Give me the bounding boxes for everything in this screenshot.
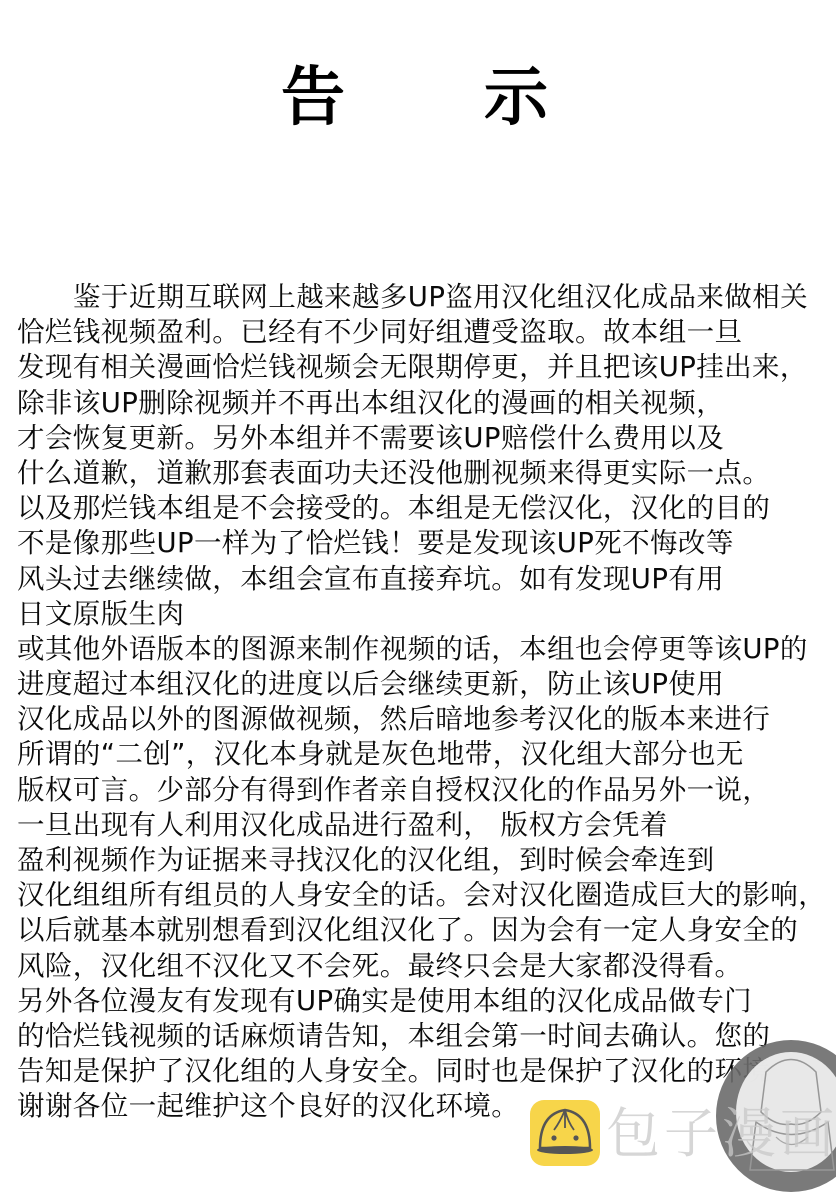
baozi-logo-icon	[530, 1100, 600, 1166]
notice-body: 鉴于近期互联网上越来越多UP盗用汉化组汉化成品来做相关 恰烂钱视频盈利。已经有不…	[17, 280, 832, 1125]
notice-title: 告 示	[0, 58, 836, 138]
body-line: 除非该UP删除视频并不再出本组汉化的漫画的相关视频，	[17, 386, 832, 421]
body-line: 或其他外语版本的图源来制作视频的话，本组也会停更等该UP的	[17, 632, 832, 667]
watermark-text: 包子漫画	[606, 1103, 836, 1165]
body-line: 的恰烂钱视频的话麻烦请告知，本组会第一时间去确认。您的	[17, 1019, 832, 1054]
title-char-2: 示	[484, 58, 548, 138]
body-line: 另外各位漫友有发现有UP确实是使用本组的汉化成品做专门	[17, 984, 832, 1019]
body-line: 所谓的“二创”，汉化本身就是灰色地带，汉化组大部分也无	[17, 737, 832, 772]
body-line: 版权可言。少部分有得到作者亲自授权汉化的作品另外一说，	[17, 773, 832, 808]
body-line: 以及那烂钱本组是不会接受的。本组是无偿汉化，汉化的目的	[17, 491, 832, 526]
body-line: 汉化成品以外的图源做视频，然后暗地参考汉化的版本来进行	[17, 702, 832, 737]
body-line: 汉化组组所有组员的人身安全的话。会对汉化圈造成巨大的影响，	[17, 878, 832, 913]
body-line: 才会恢复更新。另外本组并不需要该UP赔偿什么费用以及	[17, 421, 832, 456]
body-line: 风头过去继续做，本组会宣布直接弃坑。如有发现UP有用	[17, 562, 832, 597]
body-line: 风险，汉化组不汉化又不会死。最终只会是大家都没得看。	[17, 949, 832, 984]
body-line: 什么道歉，道歉那套表面功夫还没他删视频来得更实际一点。	[17, 456, 832, 491]
body-line: 一旦出现有人利用汉化成品进行盈利， 版权方会凭着	[17, 808, 832, 843]
body-line: 告知是保护了汉化组的人身安全。同时也是保护了汉化的环境	[17, 1054, 832, 1089]
body-line: 以后就基本就别想看到汉化组汉化了。因为会有一定人身安全的	[17, 913, 832, 948]
body-line: 发现有相关漫画恰烂钱视频会无限期停更，并且把该UP挂出来，	[17, 350, 832, 385]
title-char-1: 告	[281, 58, 345, 138]
body-line: 鉴于近期互联网上越来越多UP盗用汉化组汉化成品来做相关	[17, 280, 832, 315]
body-line: 恰烂钱视频盈利。已经有不少同好组遭受盗取。故本组一旦	[17, 315, 832, 350]
body-line: 不是像那些UP一样为了恰烂钱！要是发现该UP死不悔改等	[17, 526, 832, 561]
body-line: 日文原版生肉	[17, 597, 832, 632]
body-line: 盈利视频作为证据来寻找汉化的汉化组，到时候会牵连到	[17, 843, 832, 878]
body-line: 进度超过本组汉化的进度以后会继续更新，防止该UP使用	[17, 667, 832, 702]
